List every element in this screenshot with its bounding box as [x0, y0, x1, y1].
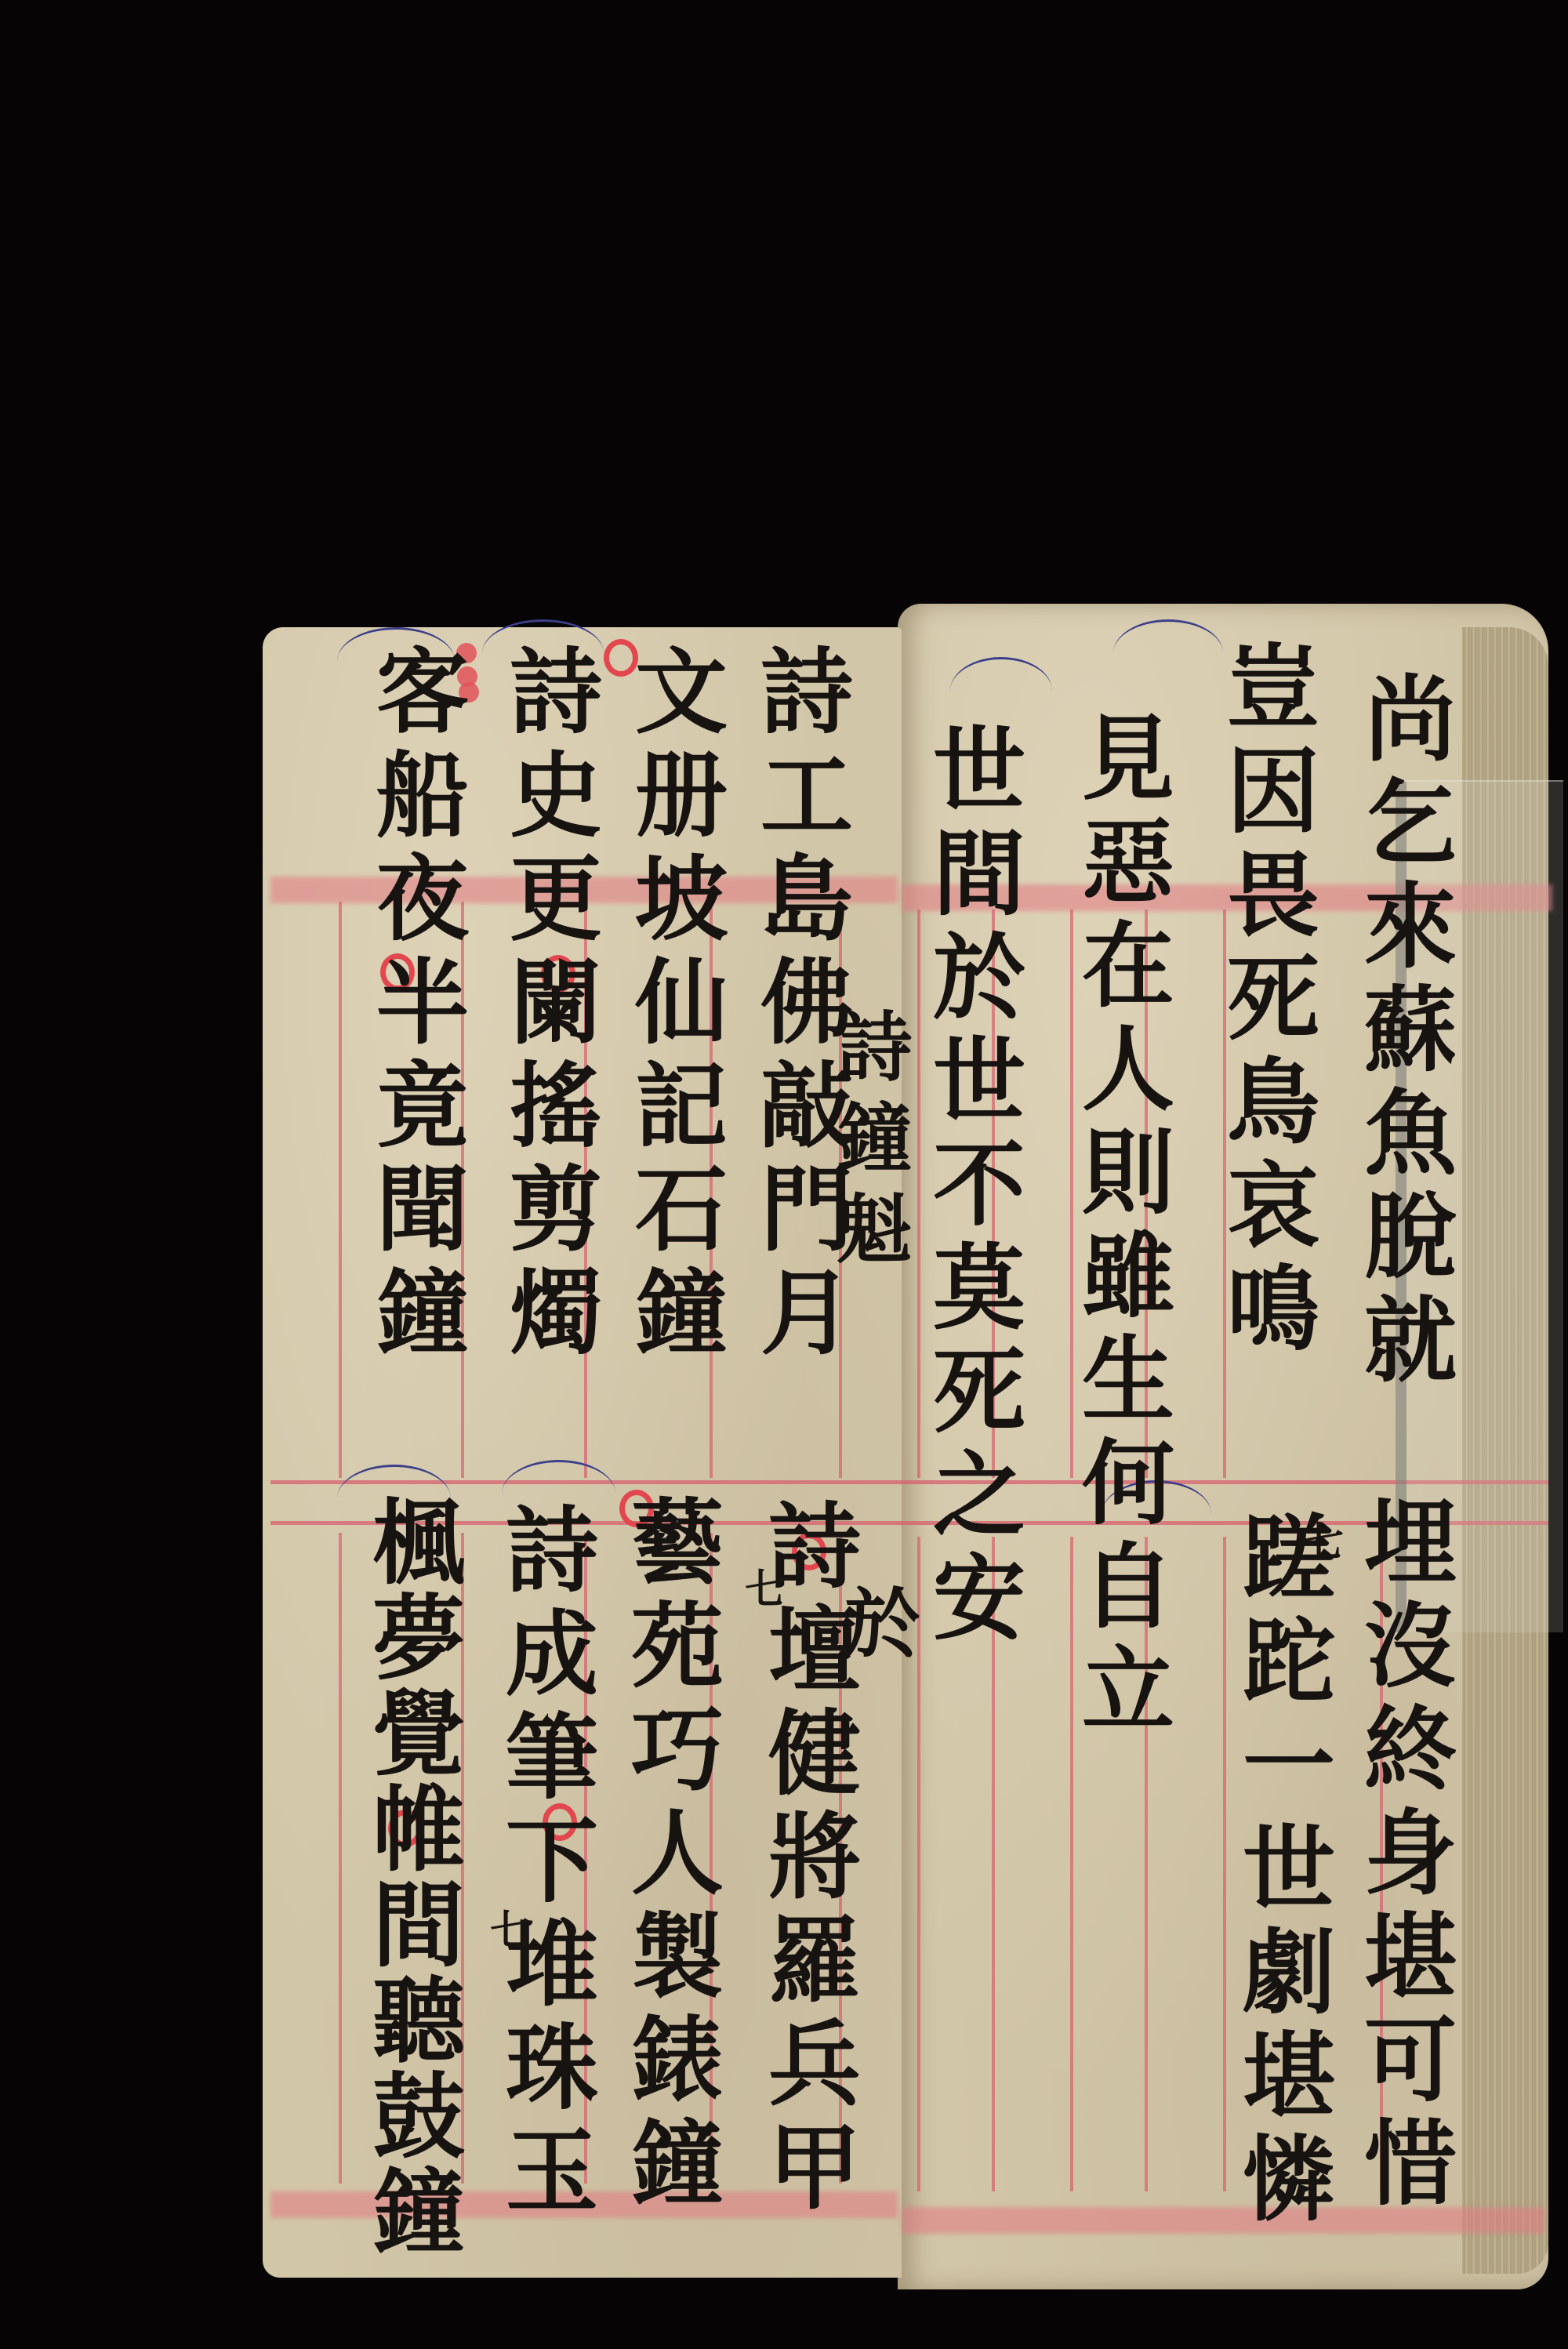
- verse-column: 蹉跎一世劇堪憐: [1235, 1509, 1327, 2234]
- column-rule: [1223, 1537, 1226, 2191]
- verse-column: 客船夜半竟聞鐘: [368, 643, 461, 1367]
- column-rule: [339, 902, 342, 1478]
- verse-annotation: 七: [745, 1556, 786, 1615]
- verse-column: 文册坡仙記石鐘: [627, 643, 720, 1367]
- verse-column: 詩成筆下堆珠玉: [498, 1501, 590, 2226]
- verse-column: 世間於世不莫死之安: [925, 721, 1018, 1653]
- verse-annotation: 七: [490, 1897, 531, 1956]
- verse-column: 藝苑巧人製錶鐘: [623, 1494, 716, 2218]
- column-rule: [339, 1533, 342, 2184]
- verse-column: 見惡在人則雖生何自立: [1074, 710, 1167, 1745]
- verse-column: 楓夢覺帷間聽鼓鐘: [365, 1494, 457, 2259]
- verse-column: 尚乞來蘇魚脫就: [1356, 670, 1449, 1395]
- verse-column: 豈因畏死鳥哀鳴: [1219, 639, 1312, 1363]
- verse-column: 詩工島佛敲門月: [753, 643, 845, 1367]
- verse-column: 埋沒終身堪可惜: [1356, 1494, 1449, 2218]
- verse-column: 詩史更闌搖剪燭: [502, 643, 594, 1367]
- mid-rule-upper: [270, 1480, 1548, 1484]
